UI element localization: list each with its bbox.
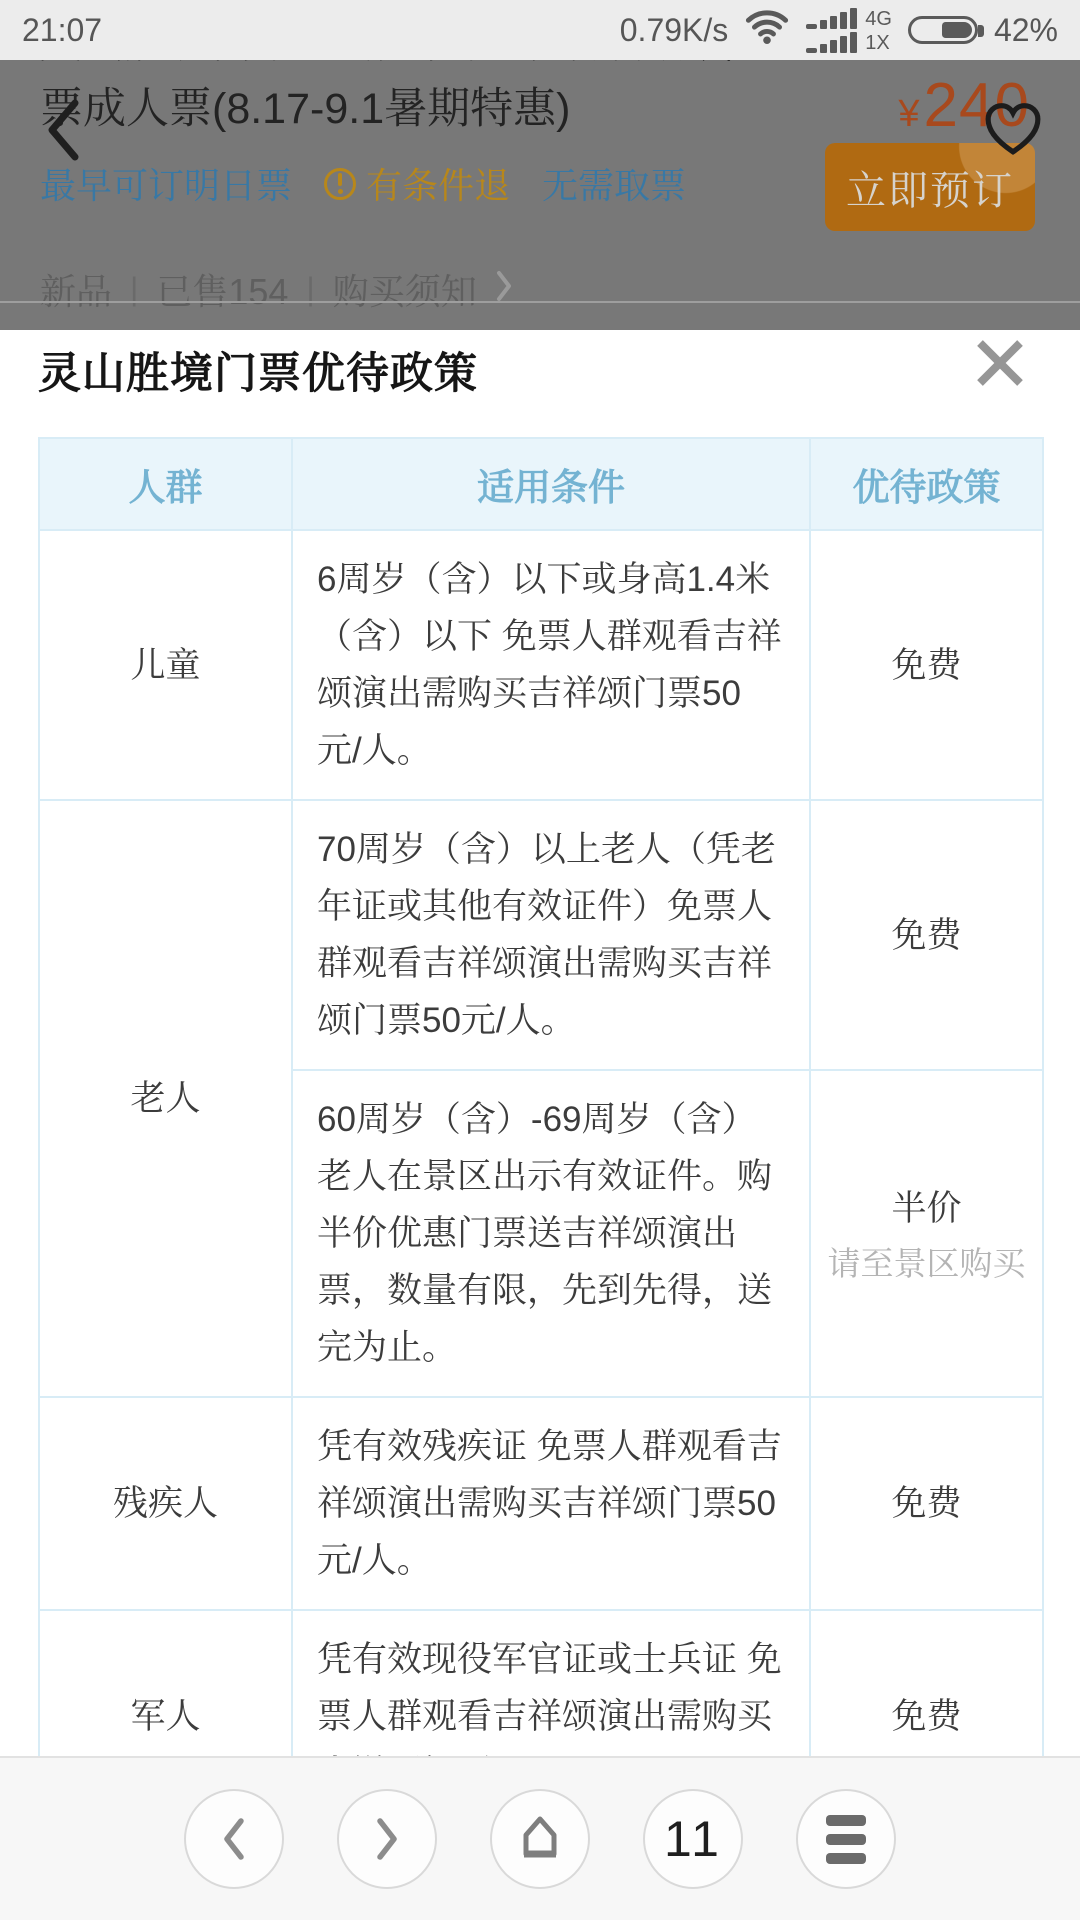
modal-title: 灵山胜境门票优待政策 xyxy=(38,340,478,401)
back-arrow-icon[interactable] xyxy=(44,98,84,167)
policy-modal: 灵山胜境门票优待政策 人群 适用条件 优待政策 儿童 6周岁（含）以下或身高1.… xyxy=(0,330,1080,1756)
nav-back-button[interactable] xyxy=(184,1789,284,1889)
browser-navbar: 11 xyxy=(0,1756,1080,1920)
condition-cell: 60周岁（含）-69周岁（含）老人在景区出示有效证件。购半价优惠门票送吉祥颂演出… xyxy=(292,1070,810,1397)
policy-cell: 免费 xyxy=(810,1397,1043,1610)
table-header-row: 人群 适用条件 优待政策 xyxy=(39,438,1043,530)
meta-sold-count: 已售154 xyxy=(156,264,288,315)
table-row-disabled: 残疾人 凭有效残疾证 免票人群观看吉祥颂演出需购买吉祥颂门票50元/人。 免费 xyxy=(39,1397,1043,1610)
group-cell: 老人 xyxy=(39,800,292,1397)
network-speed: 0.79K/s xyxy=(620,12,729,49)
policy-value: 半价 xyxy=(892,1189,962,1228)
close-icon[interactable] xyxy=(976,336,1024,393)
policy-note: 请至景区购买 xyxy=(811,1241,1042,1287)
product-header-dimmed: 灵山胜境门票+电瓶车票+观音自助餐 票成人票(8.17-9.1暑期特惠) ¥ 2… xyxy=(0,60,1080,330)
clock: 21:07 xyxy=(22,12,102,49)
nav-forward-button[interactable] xyxy=(337,1789,437,1889)
product-title: 灵山胜境门票+电瓶车票+观音自助餐 票成人票(8.17-9.1暑期特惠) xyxy=(40,60,840,142)
policy-cell: 免费 xyxy=(810,530,1043,800)
meta-new-badge: 新品 xyxy=(40,264,112,315)
status-bar-right: 0.79K/s 4G xyxy=(620,7,1058,53)
chevron-right-icon xyxy=(495,269,513,311)
nav-menu-button[interactable] xyxy=(796,1789,896,1889)
nav-tabs-button[interactable]: 11 xyxy=(643,1789,743,1889)
status-bar: 21:07 0.79K/s 4G xyxy=(0,0,1080,60)
home-icon xyxy=(516,1813,564,1866)
cell-signal-icon: 4G 1X xyxy=(806,8,892,53)
tag-refund-label: 有条件退 xyxy=(366,158,510,209)
group-cell: 残疾人 xyxy=(39,1397,292,1610)
col-header-condition: 适用条件 xyxy=(292,438,810,530)
network-type-4g: 4G xyxy=(865,9,892,29)
condition-cell: 6周岁（含）以下或身高1.4米（含）以下 免票人群观看吉祥颂演出需购买吉祥颂门票… xyxy=(292,530,810,800)
group-cell: 儿童 xyxy=(39,530,292,800)
table-row-senior-free: 老人 70周岁（含）以上老人（凭老年证或其他有效证件）免票人群观看吉祥颂演出需购… xyxy=(39,800,1043,1070)
product-meta: 新品 | 已售154 | 购买须知 xyxy=(40,264,513,315)
wifi-icon xyxy=(744,7,790,53)
condition-cell: 70周岁（含）以上老人（凭老年证或其他有效证件）免票人群观看吉祥颂演出需购买吉祥… xyxy=(292,800,810,1070)
menu-icon xyxy=(826,1815,866,1864)
policy-cell: 半价 请至景区购买 xyxy=(810,1070,1043,1397)
battery-percent: 42% xyxy=(994,12,1058,49)
tab-count: 11 xyxy=(664,1810,722,1868)
table-row-children: 儿童 6周岁（含）以下或身高1.4米（含）以下 免票人群观看吉祥颂演出需购买吉祥… xyxy=(39,530,1043,800)
product-title-line1: 灵山胜境门票+电瓶车票+观音自助餐 xyxy=(40,60,840,76)
tag-refund[interactable]: 有条件退 xyxy=(324,158,510,209)
favorite-heart-icon[interactable] xyxy=(984,102,1042,161)
tag-no-ticket: 无需取票 xyxy=(542,158,686,209)
price-currency: ¥ xyxy=(898,93,919,136)
book-now-label: 立即预订 xyxy=(846,159,1014,216)
ticket-tags: 最早可订明日票 有条件退 无需取票 xyxy=(40,158,686,209)
screen: 21:07 0.79K/s 4G xyxy=(0,0,1080,1920)
network-type-1x: 1X xyxy=(865,33,889,53)
policy-cell: 免费 xyxy=(810,800,1043,1070)
refund-info-icon xyxy=(324,168,356,200)
nav-home-button[interactable] xyxy=(490,1789,590,1889)
product-title-line2: 票成人票(8.17-9.1暑期特惠) xyxy=(40,76,840,142)
battery-icon xyxy=(908,16,978,44)
header-divider xyxy=(0,301,1080,303)
col-header-group: 人群 xyxy=(39,438,292,530)
condition-cell: 凭有效残疾证 免票人群观看吉祥颂演出需购买吉祥颂门票50元/人。 xyxy=(292,1397,810,1610)
purchase-notice-link[interactable]: 购买须知 xyxy=(333,264,477,315)
col-header-policy: 优待政策 xyxy=(810,438,1043,530)
policy-table: 人群 适用条件 优待政策 儿童 6周岁（含）以下或身高1.4米（含）以下 免票人… xyxy=(38,437,1044,1824)
